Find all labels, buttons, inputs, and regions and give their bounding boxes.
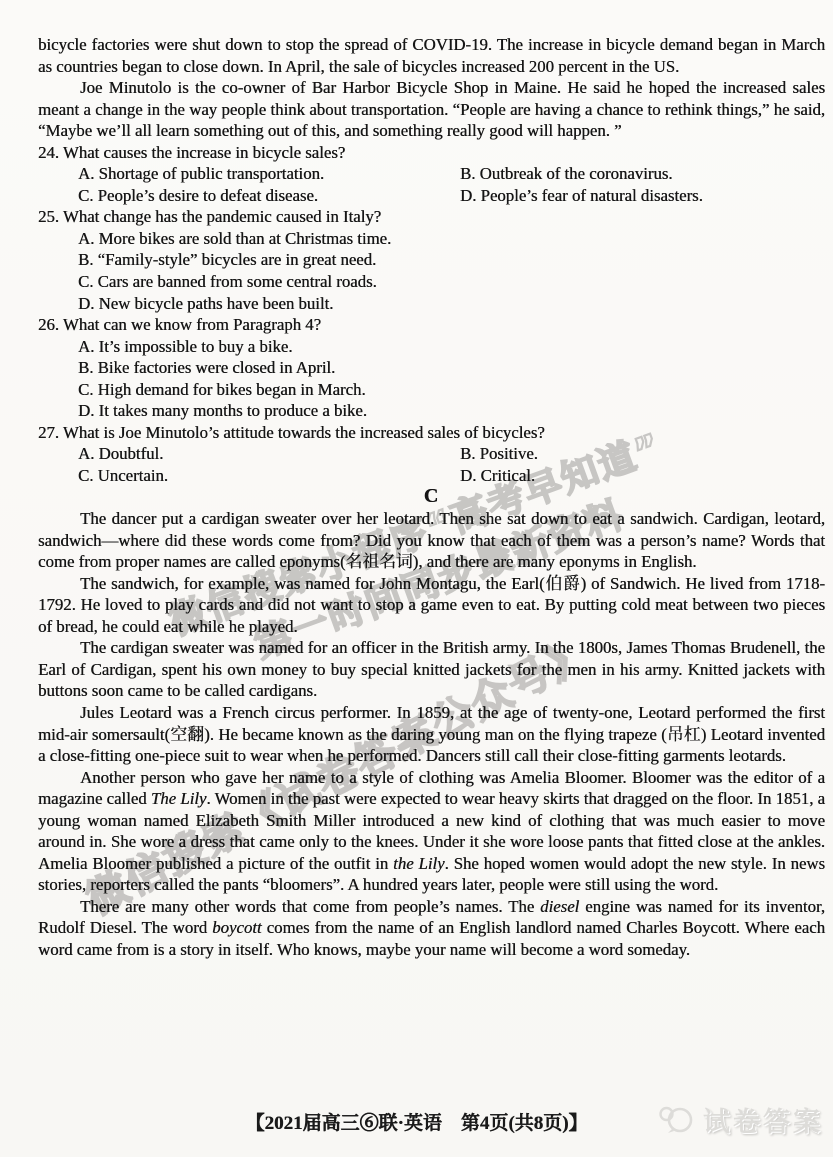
question-27: 27. What is Joe Minutolo’s attitude towa… <box>38 422 825 487</box>
question-stem-line: 27. What is Joe Minutolo’s attitude towa… <box>38 422 825 444</box>
passage-text: bicycle factories were shut down to stop… <box>38 35 825 76</box>
option-C: C. Uncertain. <box>78 465 460 487</box>
passage-paragraph: There are many other words that come fro… <box>38 896 825 961</box>
options-group: A. More bikes are sold than at Christmas… <box>38 228 825 314</box>
italic-term: The Lily <box>151 789 207 808</box>
option-B: B. Outbreak of the coronavirus. <box>460 163 825 185</box>
option-B: B. “Family-style” bicycles are in great … <box>78 249 825 271</box>
question-stem-line: 24. What causes the increase in bicycle … <box>38 142 825 164</box>
question-24: 24. What causes the increase in bicycle … <box>38 142 825 207</box>
question-stem-line: 26. What can we know from Paragraph 4? <box>38 314 825 336</box>
option-C: C. People’s desire to defeat disease. <box>78 185 460 207</box>
question-number: 26. <box>38 314 59 336</box>
passage-text: The cardigan sweater was named for an of… <box>38 638 825 700</box>
passage-paragraph: Joe Minutolo is the co-owner of Bar Harb… <box>38 77 825 142</box>
question-number: 24. <box>38 142 59 164</box>
option-D: D. New bicycle paths have been built. <box>78 293 825 315</box>
brand-chick-logo-icon <box>658 1105 696 1135</box>
section-heading: C <box>38 486 825 508</box>
passage-text: There are many other words that come fro… <box>80 897 540 916</box>
option-B: B. Bike factories were closed in April. <box>78 357 825 379</box>
question-stem: What is Joe Minutolo’s attitude towards … <box>59 423 545 442</box>
question-number: 25. <box>38 206 59 228</box>
option-D: D. People’s fear of natural disasters. <box>460 185 825 207</box>
exam-page-content: bicycle factories were shut down to stop… <box>38 34 825 961</box>
question-stem: What change has the pandemic caused in I… <box>59 207 381 226</box>
option-D: D. It takes many months to produce a bik… <box>78 400 825 422</box>
passage-text: Jules Leotard was a French circus perfor… <box>38 703 825 765</box>
italic-term: diesel <box>540 897 579 916</box>
passage-paragraph: Jules Leotard was a French circus perfor… <box>38 702 825 767</box>
question-number: 27. <box>38 422 59 444</box>
option-A: A. It’s impossible to buy a bike. <box>78 336 825 358</box>
italic-term: boycott <box>212 918 261 937</box>
option-B: B. Positive. <box>460 443 825 465</box>
question-26: 26. What can we know from Paragraph 4?A.… <box>38 314 825 422</box>
options-group: A. It’s impossible to buy a bike.B. Bike… <box>38 336 825 422</box>
question-stem: What can we know from Paragraph 4? <box>59 315 321 334</box>
passage-paragraph: bicycle factories were shut down to stop… <box>38 34 825 77</box>
question-25: 25. What change has the pandemic caused … <box>38 206 825 314</box>
option-D: D. Critical. <box>460 465 825 487</box>
footer-page-info: 【2021届高三⑥联·英语 第4页(共8页)】 <box>246 1113 588 1134</box>
option-C: C. High demand for bikes began in March. <box>78 379 825 401</box>
passage-paragraph: The dancer put a cardigan sweater over h… <box>38 508 825 573</box>
passage-text: The sandwich, for example, was named for… <box>38 574 825 636</box>
passage-text: The dancer put a cardigan sweater over h… <box>38 509 825 571</box>
passage-text: Joe Minutolo is the co-owner of Bar Harb… <box>38 78 825 140</box>
question-stem: What causes the increase in bicycle sale… <box>59 143 345 162</box>
brand-text: 试卷答案 <box>703 1100 823 1139</box>
question-stem-line: 25. What change has the pandemic caused … <box>38 206 825 228</box>
options-group: A. Shortage of public transportation.B. … <box>38 163 825 206</box>
option-A: A. More bikes are sold than at Christmas… <box>78 228 825 250</box>
option-A: A. Doubtful. <box>78 443 460 465</box>
passage-paragraph: The cardigan sweater was named for an of… <box>38 637 825 702</box>
options-group: A. Doubtful.B. Positive.C. Uncertain.D. … <box>38 443 825 486</box>
italic-term: the Lily <box>393 854 444 873</box>
passage-paragraph: Another person who gave her name to a st… <box>38 767 825 896</box>
option-A: A. Shortage of public transportation. <box>78 163 460 185</box>
passage-paragraph: The sandwich, for example, was named for… <box>38 573 825 638</box>
option-C: C. Cars are banned from some central roa… <box>78 271 825 293</box>
answer-brand: 试卷答案 <box>658 1100 823 1139</box>
